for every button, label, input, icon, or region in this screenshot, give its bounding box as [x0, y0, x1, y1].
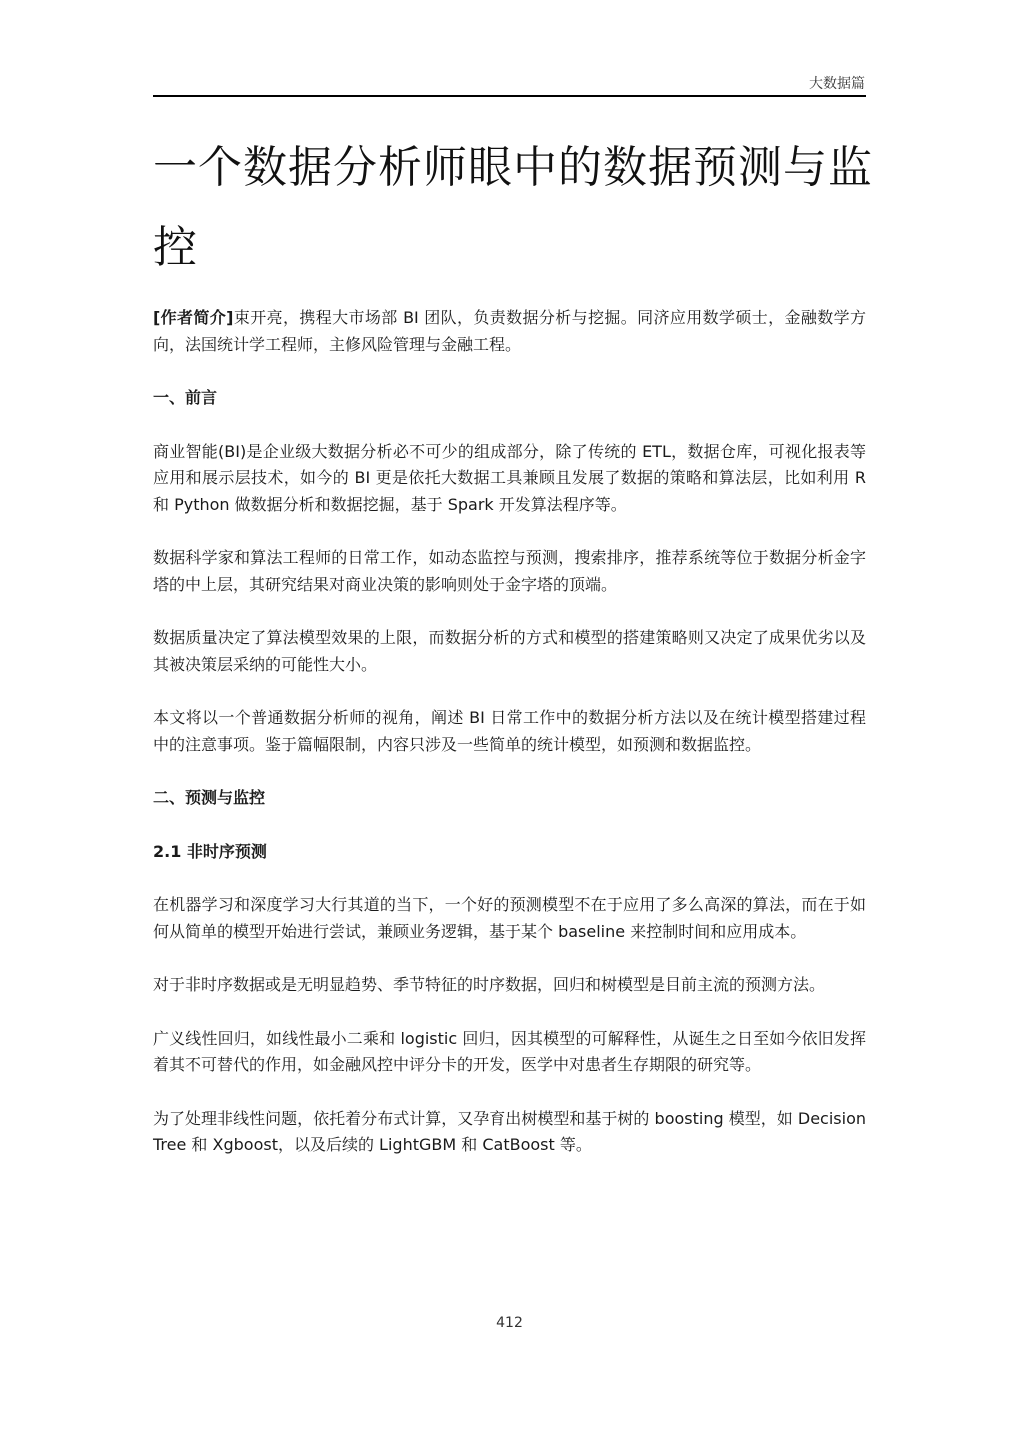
paragraph: 对于非时序数据或是无明显趋势、季节特征的时序数据，回归和树模型是目前主流的预测方…	[153, 972, 866, 999]
paragraph: 商业智能(BI)是企业级大数据分析必不可少的组成部分，除了传统的 ETL，数据仓…	[153, 439, 866, 519]
author-intro-text: 束开亮，携程大市场部 BI 团队，负责数据分析与挖掘。同济应用数学硕士，金融数学…	[153, 308, 866, 354]
author-intro: [作者简介]束开亮，携程大市场部 BI 团队，负责数据分析与挖掘。同济应用数学硕…	[153, 305, 866, 358]
subsection-heading-non-timeseries: 2.1 非时序预测	[153, 839, 866, 866]
paragraph: 在机器学习和深度学习大行其道的当下，一个好的预测模型不在于应用了多么高深的算法，…	[153, 892, 866, 945]
paragraph: 数据科学家和算法工程师的日常工作，如动态监控与预测，搜索排序，推荐系统等位于数据…	[153, 545, 866, 598]
section-heading-preface: 一、前言	[153, 385, 866, 412]
author-intro-label: [作者简介]	[153, 308, 234, 327]
paragraph: 广义线性回归，如线性最小二乘和 logistic 回归，因其模型的可解释性，从诞…	[153, 1026, 866, 1079]
paragraph: 为了处理非线性问题，依托着分布式计算，又孕育出树模型和基于树的 boosting…	[153, 1106, 866, 1159]
paragraph: 本文将以一个普通数据分析师的视角，阐述 BI 日常工作中的数据分析方法以及在统计…	[153, 705, 866, 758]
page-header-label: 大数据篇	[700, 73, 865, 93]
header-rule	[153, 95, 866, 97]
paragraph: 数据质量决定了算法模型效果的上限，而数据分析的方式和模型的搭建策略则又决定了成果…	[153, 625, 866, 678]
section-heading-forecast-monitor: 二、预测与监控	[153, 785, 866, 812]
page-number: 412	[0, 1315, 1019, 1331]
article-body: [作者简介]束开亮，携程大市场部 BI 团队，负责数据分析与挖掘。同济应用数学硕…	[153, 305, 866, 1186]
article-title: 一个数据分析师眼中的数据预测与监控	[153, 128, 873, 288]
